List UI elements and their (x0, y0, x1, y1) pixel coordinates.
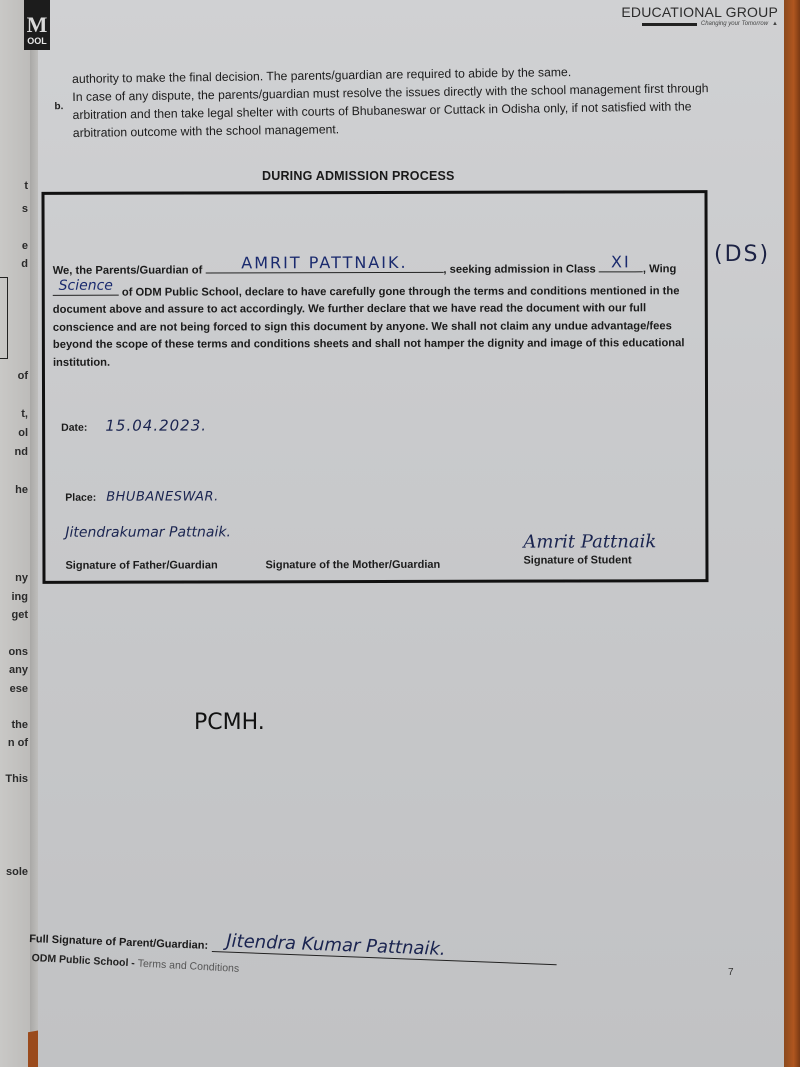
full-signature-field[interactable]: Jitendra Kumar Pattnaik. (212, 925, 558, 965)
document-page: M OOL EDUCATIONAL GROUP Changing your To… (38, 0, 784, 1067)
full-signature-label: Full Signature of Parent/Guardian: (29, 933, 208, 952)
handwritten-subjects-note: PCMH. (194, 710, 265, 735)
page-fragment: ons (8, 646, 28, 658)
page-fragment: t (24, 180, 28, 192)
page-fragment: of (18, 370, 28, 382)
declaration-text: We, the Parents/Guardian of AMRIT PATTNA… (53, 257, 701, 372)
page-fragment: t, (21, 408, 28, 420)
page-fragment: ny (15, 572, 28, 584)
page-fragment: s (22, 203, 28, 215)
father-signature-label: Signature of Father/Guardian (65, 559, 217, 571)
page-number: 7 (728, 967, 734, 978)
group-tagline: Changing your Tomorrow (701, 21, 768, 27)
group-name: EDUCATIONAL GROUP (621, 4, 778, 20)
father-signature[interactable]: Jitendrakumar Pattnaik. (65, 524, 231, 540)
date-value[interactable]: 15.04.2023. (105, 416, 207, 434)
page-fragment: n of (8, 737, 28, 749)
student-signature[interactable]: Amrit Pattnaik (523, 531, 656, 552)
previous-page-edge: t s e d of t, ol nd he ny ing get ons an… (0, 0, 30, 1067)
place-value[interactable]: BHUBANESWAR. (106, 489, 219, 504)
signature-labels: Signature of Father/Guardian Signature o… (65, 558, 685, 560)
group-branding: EDUCATIONAL GROUP Changing your Tomorrow… (621, 4, 778, 27)
student-signature-label: Signature of Student (523, 554, 631, 566)
page-fragment: d (21, 258, 28, 270)
page-fragment: get (12, 609, 29, 621)
logo-letter: M (27, 14, 48, 36)
page-footer: ODM Public School - Terms and Conditions (31, 952, 239, 975)
page-fragment: he (15, 484, 28, 496)
page-fragment: ese (10, 683, 28, 695)
place-label: Place: (65, 492, 96, 504)
wing-field[interactable]: Science (53, 280, 119, 295)
declaration-part: of ODM Public School, declare to have ca… (53, 285, 685, 369)
class-field[interactable]: XI (599, 257, 643, 272)
date-row: Date: 15.04.2023. (61, 416, 207, 434)
table-surface (784, 0, 800, 1067)
class-value: XI (599, 253, 643, 271)
previous-page-box (0, 277, 8, 359)
page-fragment: This (5, 773, 28, 785)
footer-doc-title: Terms and Conditions (137, 958, 239, 975)
declaration-part: , seeking admission in Class (443, 263, 595, 275)
wing-value: Science (53, 276, 119, 294)
student-name-field[interactable]: AMRIT PATTNAIK. (205, 258, 443, 274)
triangle-icon: ▲ (772, 21, 778, 27)
page-fragment: sole (6, 866, 28, 878)
full-signature-value: Jitendra Kumar Pattnaik. (226, 931, 446, 960)
terms-item-b: b. In case of any dispute, the parents/g… (72, 79, 713, 142)
item-marker: b. (54, 98, 63, 116)
logo-subtext: OOL (27, 36, 47, 46)
place-row: Place: BHUBANESWAR. (65, 489, 218, 504)
page-fragment: the (12, 719, 29, 731)
school-logo: M OOL (24, 0, 50, 50)
declaration-box: We, the Parents/Guardian of AMRIT PATTNA… (41, 190, 708, 584)
page-fragment: ing (12, 591, 29, 603)
handwritten-margin-note: (DS) (714, 242, 770, 267)
date-label: Date: (61, 422, 87, 434)
declaration-part: Wing (649, 263, 676, 275)
mother-signature-label: Signature of the Mother/Guardian (265, 559, 440, 571)
terms-continuation: authority to make the final decision. Th… (72, 61, 713, 142)
page-fragment: ol (18, 427, 28, 439)
student-name-value: AMRIT PATTNAIK. (205, 254, 443, 273)
page-fragment: nd (15, 446, 28, 458)
footer-school: ODM Public School (31, 952, 128, 969)
item-b-text: In case of any dispute, the parents/guar… (72, 81, 708, 140)
group-tagline-row: Changing your Tomorrow ▲ (621, 21, 778, 27)
section-title: DURING ADMISSION PROCESS (262, 169, 455, 183)
page-fragment: any (9, 664, 28, 676)
decorative-bar (642, 23, 697, 26)
declaration-part: We, the Parents/Guardian of (53, 264, 203, 276)
page-fragment: e (22, 240, 28, 252)
